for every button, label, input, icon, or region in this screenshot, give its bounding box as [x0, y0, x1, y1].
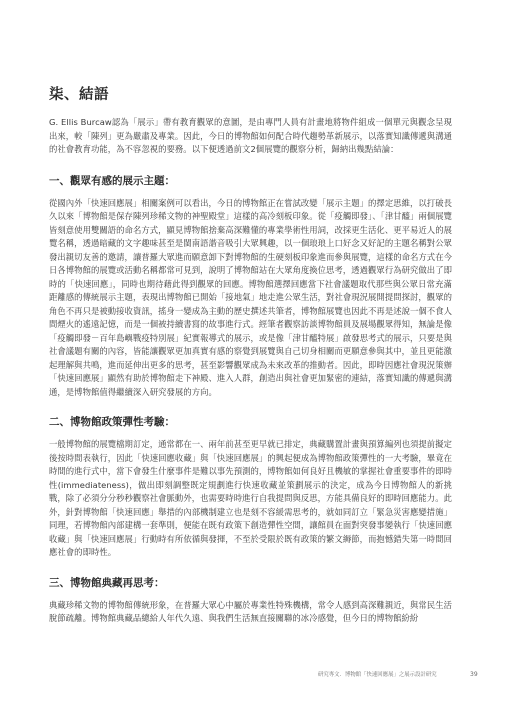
- document-page: 柒、結語 G. Ellis Burcaw認為「展示」帶有教育觀眾的意圖，是由專門…: [0, 0, 512, 724]
- section-heading-3: 三、博物館典藏再思考：: [49, 576, 452, 590]
- section-paragraph-3: 典藏珍稀文物的博物館傳統形象，在普羅大眾心中屬於專業性特殊機構，常令人感到高深難…: [49, 599, 452, 626]
- running-footer: 研究專文．博物館「快速回應展」之展示設計研究: [318, 670, 468, 680]
- section-heading-2: 二、博物館政策彈性考驗：: [49, 415, 452, 429]
- section-paragraph-1: 從國內外「快速回應展」相關案例可以看出，今日的博物館正在嘗試改變「展示主題」的擇…: [49, 197, 452, 400]
- page-number: 39: [470, 670, 478, 680]
- section-paragraph-2: 一般博物館的展覽檔期訂定，通常都在一、兩年前甚至更早就已排定，典藏購置計畫與預算…: [49, 438, 452, 560]
- intro-paragraph: G. Ellis Burcaw認為「展示」帶有教育觀眾的意圖，是由專門人員有計畫…: [49, 116, 452, 157]
- page-content: 柒、結語 G. Ellis Burcaw認為「展示」帶有教育觀眾的意圖，是由專門…: [49, 86, 452, 626]
- section-heading-1: 一、觀眾有感的展示主題：: [49, 174, 452, 188]
- chapter-title: 柒、結語: [49, 86, 452, 104]
